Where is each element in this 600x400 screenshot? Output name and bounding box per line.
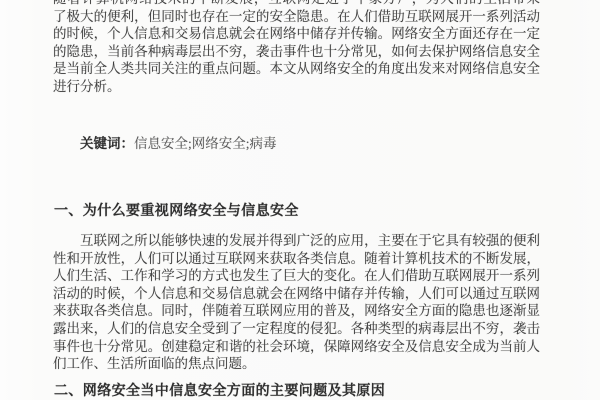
paragraph-line: 露出来，人们的信息安全受到了一定程度的侵犯。各种类型的病毒层出不穷，袭击 xyxy=(53,320,540,338)
abstract-line: 进行分析。 xyxy=(53,78,540,96)
abstract-paragraph: 随着计算机网络技术的不断发展，互联网走进了千家万户，为人们的生活带来 了极大的便… xyxy=(53,0,540,96)
abstract-line: 的时候，个人信息和交易信息就会在网络中储存并传输。网络安全方面还存在一定 xyxy=(53,25,540,43)
abstract-line: 了极大的便利，但同时也存在一定的安全隐患。在人们借助互联网展开一系列活动 xyxy=(53,8,540,26)
paragraph-line: 事件也十分常见。创建稳定和谐的社会环境，保障网络安全及信息安全成为当前人 xyxy=(53,338,540,356)
section-1-paragraph: 互联网之所以能够快速的发展并得到广泛的应用，主要在于它具有较强的便利 性和开放性… xyxy=(53,232,540,373)
abstract-line: 的隐患，当前各种病毒层出不穷，袭击事件也十分常见，如何去保护网络信息安全 xyxy=(53,43,540,61)
keywords-line: 关键词：信息安全;网络安全;病毒 xyxy=(80,135,277,153)
paragraph-line: 人们生活、工作和学习的方式也发生了巨大的变化。在人们借助互联网展开一系列 xyxy=(53,267,540,285)
section-1-heading: 一、为什么要重视网络安全与信息安全 xyxy=(54,203,299,221)
paragraph-line: 活动的时候，个人信息和交易信息就会在网络中储存并传输，人们可以通过互联网 xyxy=(53,285,540,303)
abstract-line: 是当前全人类共同关注的重点问题。本文从网络安全的角度出发来对网络信息安全 xyxy=(53,60,540,78)
keywords-value: 信息安全;网络安全;病毒 xyxy=(134,136,277,151)
paragraph-line: 互联网之所以能够快速的发展并得到广泛的应用，主要在于它具有较强的便利 xyxy=(53,232,540,250)
paragraph-line: 们工作、生活所面临的焦点问题。 xyxy=(53,355,540,373)
paragraph-line: 来获取各类信息。同时，伴随着互联网应用的普及，网络安全方面的隐患也逐渐显 xyxy=(53,302,540,320)
paragraph-line: 性和开放性，人们可以通过互联网来获取各类信息。随着计算机技术的不断发展， xyxy=(53,250,540,268)
section-2-heading: 二、网络安全当中信息安全方面的主要问题及其原因 xyxy=(54,383,385,400)
keywords-label: 关键词： xyxy=(80,136,134,151)
abstract-line-clipped-top: 随着计算机网络技术的不断发展，互联网走进了千家万户，为人们的生活带来 xyxy=(53,0,540,8)
document-page: 随着计算机网络技术的不断发展，互联网走进了千家万户，为人们的生活带来 了极大的便… xyxy=(0,0,600,400)
